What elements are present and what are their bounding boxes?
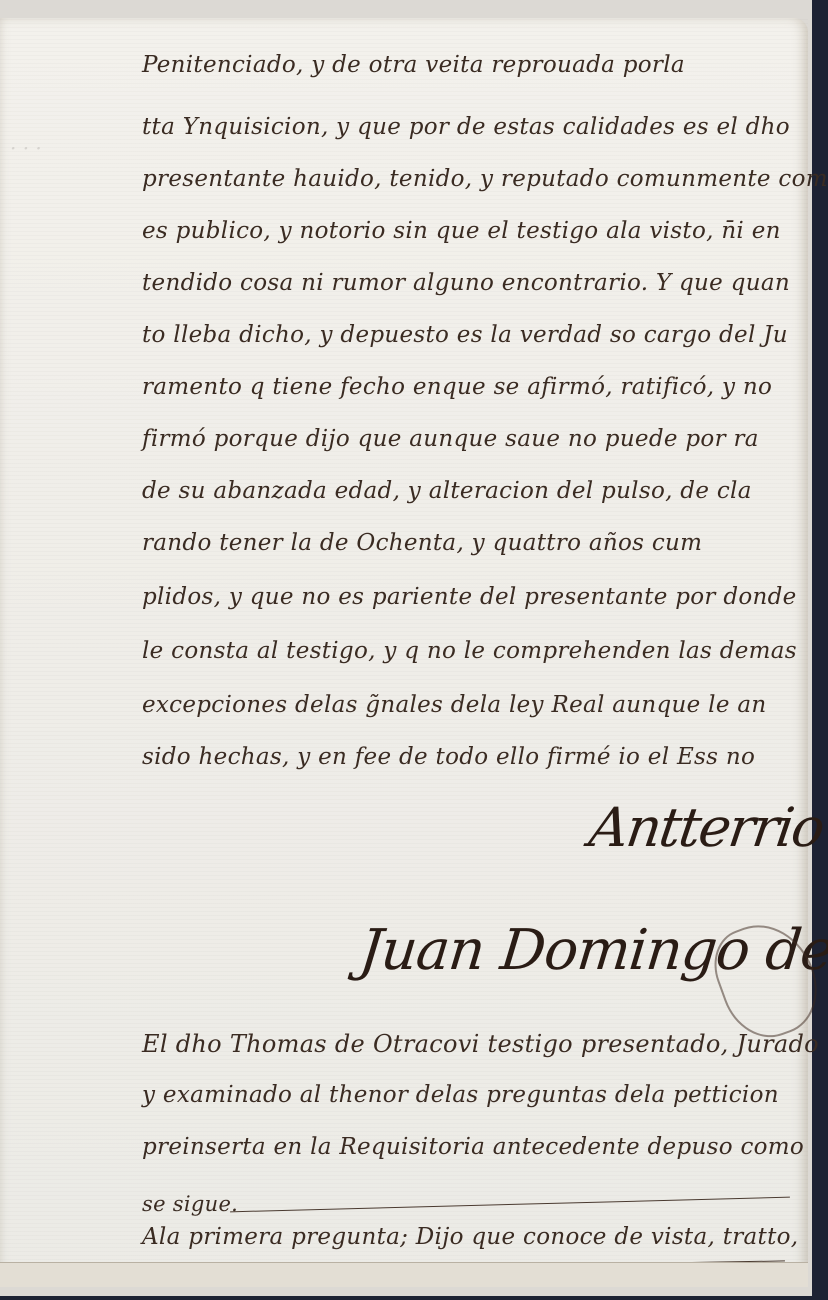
manuscript-page: · · · Penitenciado, y de otra veita repr… xyxy=(0,18,808,1280)
signature-antterrio: Antterrio xyxy=(586,796,827,859)
text-line: plidos, y que no es pariente del present… xyxy=(142,584,797,610)
text-line: es publico, y notorio sin que el testigo… xyxy=(142,218,781,244)
text-line: firmó porque dijo que aunque saue no pue… xyxy=(142,426,759,452)
page-stack-edge xyxy=(0,1262,808,1287)
text-line: y examinado al thenor delas preguntas de… xyxy=(142,1082,779,1108)
text-line: presentante hauido, tenido, y reputado c… xyxy=(142,166,828,192)
text-line: to lleba dicho, y depuesto es la verdad … xyxy=(142,322,788,348)
text-line: sido hechas, y en fee de todo ello firmé… xyxy=(142,744,755,770)
text-line: ramento q tiene fecho enque se afirmó, r… xyxy=(142,374,772,400)
text-line: tta Ynquisicion, y que por de estas cali… xyxy=(142,114,790,140)
text-line: Penitenciado, y de otra veita reprouada … xyxy=(142,52,685,78)
text-line: le consta al testigo, y q no le comprehe… xyxy=(142,638,797,664)
text-line: Ala primera pregunta; Dijo que conoce de… xyxy=(142,1224,798,1250)
ruled-line xyxy=(230,1197,790,1213)
text-line: rando tener la de Ochenta, y quattro año… xyxy=(142,530,702,556)
text-line: excepciones delas g̃nales dela ley Real … xyxy=(142,692,766,718)
text-line: se sigue. xyxy=(142,1192,238,1216)
bleed-through-text: · · · xyxy=(10,136,42,160)
text-line: de su abanzada edad, y alteracion del pu… xyxy=(142,478,752,504)
text-line: preinserta en la Requisitoria antecedent… xyxy=(142,1134,804,1160)
text-line: tendido cosa ni rumor alguno encontrario… xyxy=(142,270,790,296)
text-line: El dho Thomas de Otracovi testigo presen… xyxy=(142,1030,819,1058)
